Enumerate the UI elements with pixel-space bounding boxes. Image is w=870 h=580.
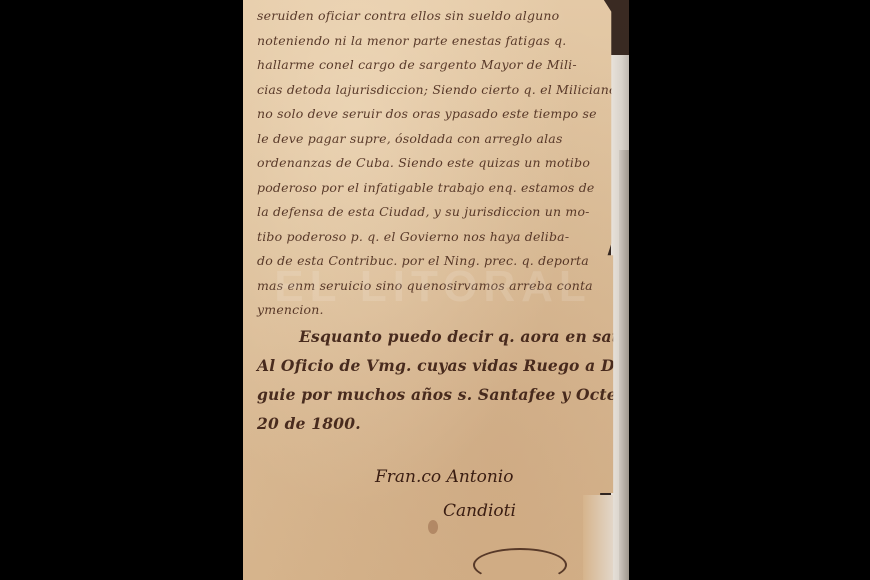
manuscript-photo: seruiden oficiar contra ellos sin sueldo… bbox=[243, 0, 629, 580]
page-lower-edge bbox=[583, 495, 613, 580]
closing-line: Al Oficio de Vmg. cuyas vidas Ruego a Di… bbox=[257, 351, 617, 380]
signature-flourish bbox=[473, 548, 567, 580]
underlying-sheet-edge bbox=[619, 150, 629, 580]
body-line: tibo poderoso p. q. el Govierno nos haya… bbox=[257, 225, 617, 250]
body-line: poderoso por el infatigable trabajo enq.… bbox=[257, 176, 617, 201]
signature-surname: Candioti bbox=[375, 494, 595, 528]
body-line: cias detoda lajurisdiccion; Siendo ciert… bbox=[257, 78, 617, 103]
watermark: EL LITORAL bbox=[263, 262, 603, 312]
body-line: no solo deve seruir dos oras ypasado est… bbox=[257, 102, 617, 127]
closing-line: Esquanto puedo decir q. aora en satisfac… bbox=[257, 322, 617, 351]
body-line: ordenanzas de Cuba. Siendo este quizas u… bbox=[257, 151, 617, 176]
closing-date: 20 de 1800. bbox=[257, 409, 617, 438]
manuscript-closing: Esquanto puedo decir q. aora en satisfac… bbox=[257, 322, 617, 438]
body-line: la defensa de esta Ciudad, y su jurisdic… bbox=[257, 200, 617, 225]
image-canvas: seruiden oficiar contra ellos sin sueldo… bbox=[0, 0, 870, 580]
body-line: le deve pagar supre, ósoldada con arregl… bbox=[257, 127, 617, 152]
closing-line: guie por muchos años s. Santafee y Octe. bbox=[257, 380, 617, 409]
body-line: seruiden oficiar contra ellos sin sueldo… bbox=[257, 4, 617, 29]
manuscript-page: seruiden oficiar contra ellos sin sueldo… bbox=[243, 0, 615, 580]
body-line: noteniendo ni la menor parte enestas fat… bbox=[257, 29, 617, 54]
body-line: hallarme conel cargo de sargento Mayor d… bbox=[257, 53, 617, 78]
signature-block: Fran.co Antonio Candioti bbox=[375, 460, 595, 528]
signature-name: Fran.co Antonio bbox=[375, 460, 595, 494]
